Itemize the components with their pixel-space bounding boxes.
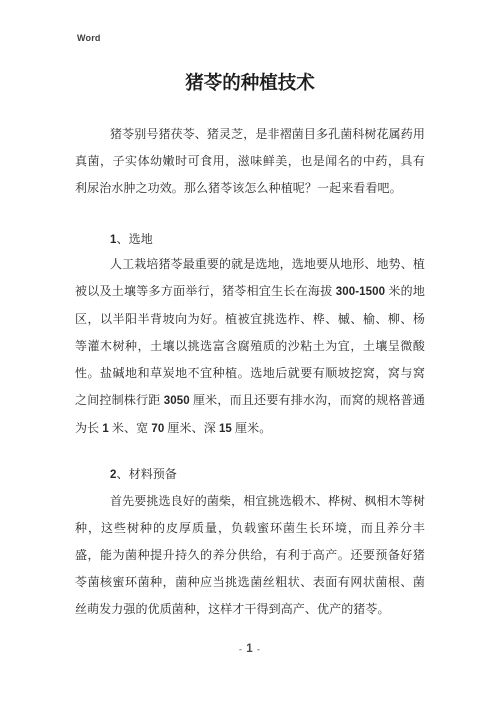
section-1-body: 人工栽培猪苓最重要的就是选地，选地要从地形、地势、植被以及土壤等多方面举行，猪苓… <box>75 251 425 443</box>
word-app-label: Word <box>77 33 101 43</box>
section-1-heading: 1、选地 <box>75 226 425 254</box>
section-2-heading: 2、材料预备 <box>75 461 425 489</box>
intro-paragraph: 猪苓别号猪茯苓、猪灵芝，是非褶菌目多孔菌科树花属药用真菌，子实体幼嫩时可食用，滋… <box>75 121 425 202</box>
document-title: 猪苓的种植技术 <box>0 70 500 98</box>
document-page: Word 猪苓的种植技术 猪苓别号猪茯苓、猪灵芝，是非褶菌目多孔菌科树花属药用真… <box>0 0 500 707</box>
page-number: - 1 - <box>75 642 425 656</box>
section-2-body: 首先要挑选良好的菌柴，相宜挑选椴木、桦树、枫相木等树种，这些树种的皮厚质量，负载… <box>75 488 425 623</box>
